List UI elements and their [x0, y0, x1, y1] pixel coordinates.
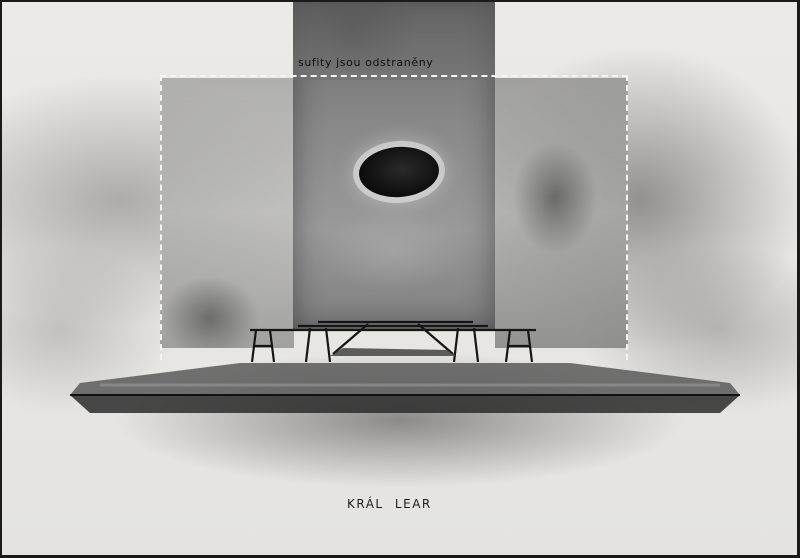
dashed-outline-left	[160, 75, 162, 360]
stage-design-drawing: sufity jsou odstraněny KRÁL LEAR	[0, 0, 800, 558]
dashed-outline-top	[160, 75, 628, 77]
annotation-sufity: sufity jsou odstraněny	[298, 56, 433, 69]
dashed-outline-right	[626, 75, 628, 360]
left-side-flat	[160, 78, 294, 348]
stage-platform	[60, 355, 750, 415]
right-side-flat	[495, 78, 628, 348]
title-caption: KRÁL LEAR	[347, 497, 432, 511]
